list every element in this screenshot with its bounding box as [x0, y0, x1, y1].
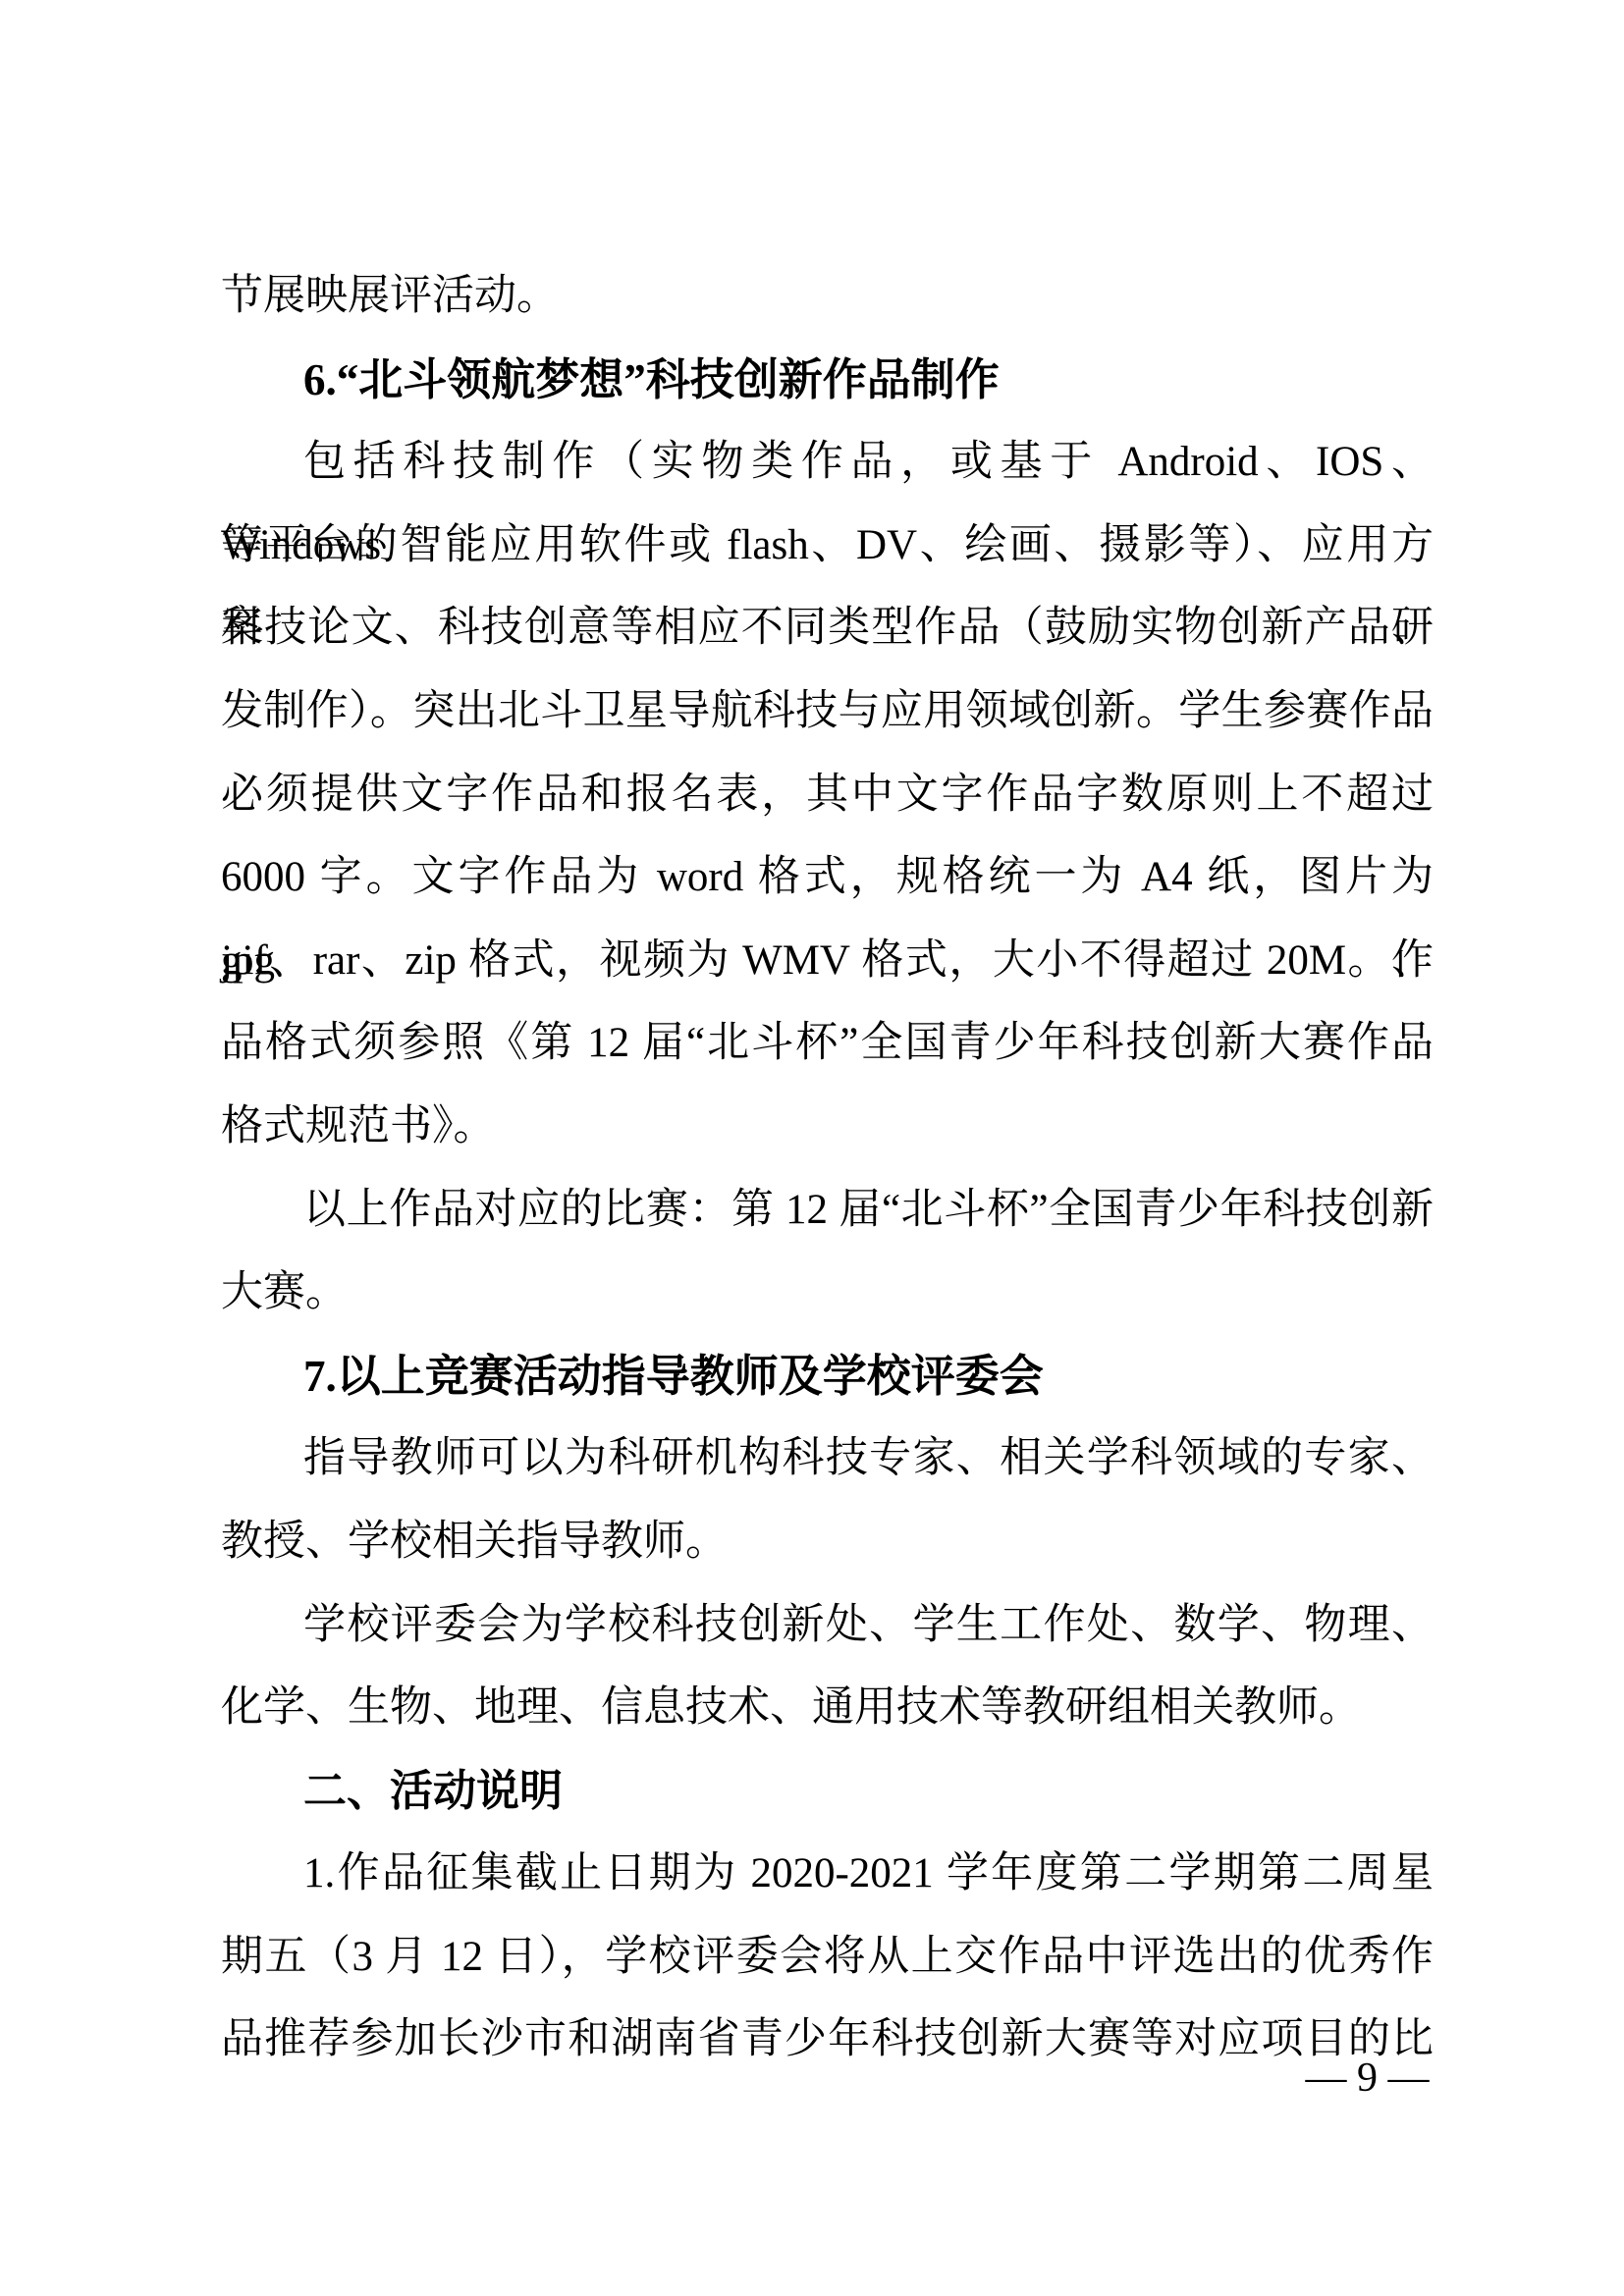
document-content: 节展映展评活动。 6.“北斗领航梦想”科技创新作品制作 包括科技制作（实物类作品…: [221, 255, 1434, 2082]
paragraph-line: 等平台的智能应用软件或 flash、DV、绘画、摄影等）、应用方案、: [221, 505, 1434, 588]
paragraph-line: 1.作品征集截止日期为 2020-2021 学年度第二学期第二周星: [221, 1833, 1434, 1916]
paragraph-line: 格式规范书》。: [221, 1086, 1434, 1169]
paragraph-line: 6000 字。文字作品为 word 格式，规格统一为 A4 纸，图片为 jpg、: [221, 836, 1434, 920]
paragraph-line: 科技论文、科技创意等相应不同类型作品（鼓励实物创新产品研: [221, 587, 1434, 670]
paragraph-line: 品格式须参照《第 12 届“北斗杯”全国青少年科技创新大赛作品: [221, 1002, 1434, 1086]
section-heading-2: 二、活动说明: [221, 1750, 1434, 1834]
section-heading-7: 7.以上竞赛活动指导教师及学校评委会: [221, 1335, 1434, 1418]
paragraph-line: 发制作）。突出北斗卫星导航科技与应用领域创新。学生参赛作品: [221, 670, 1434, 754]
paragraph-line: 教授、学校相关指导教师。: [221, 1501, 1434, 1584]
paragraph-line: 化学、生物、地理、信息技术、通用技术等教研组相关教师。: [221, 1667, 1434, 1750]
paragraph-line: 品推荐参加长沙市和湖南省青少年科技创新大赛等对应项目的比: [221, 1999, 1434, 2082]
paragraph-line: 包括科技制作（实物类作品，或基于 Android、IOS、Windows: [221, 421, 1434, 505]
paragraph-line: 大赛。: [221, 1252, 1434, 1335]
paragraph-line: 节展映展评活动。: [221, 255, 1434, 339]
paragraph-line: 期五（3 月 12 日），学校评委会将从上交作品中评选出的优秀作: [221, 1916, 1434, 2000]
paragraph-line: 指导教师可以为科研机构科技专家、相关学科领域的专家、: [221, 1417, 1434, 1501]
paragraph-line: 以上作品对应的比赛：第 12 届“北斗杯”全国青少年科技创新: [221, 1169, 1434, 1253]
paragraph-line: gif、rar、zip 格式，视频为 WMV 格式，大小不得超过 20M。作: [221, 920, 1434, 1003]
document-page: 节展映展评活动。 6.“北斗领航梦想”科技创新作品制作 包括科技制作（实物类作品…: [0, 0, 1624, 2296]
paragraph-line: 学校评委会为学校科技创新处、学生工作处、数学、物理、: [221, 1584, 1434, 1668]
section-heading-6: 6.“北斗领航梦想”科技创新作品制作: [221, 339, 1434, 422]
page-number: — 9 —: [1296, 2054, 1438, 2103]
paragraph-line: 必须提供文字作品和报名表，其中文字作品字数原则上不超过: [221, 754, 1434, 837]
